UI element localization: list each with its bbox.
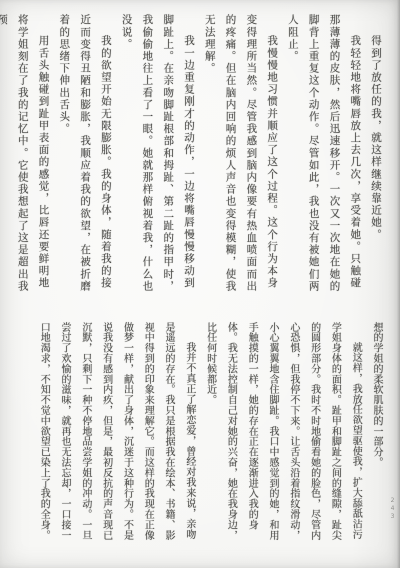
paragraph: 得到了放任的我，就这样继续靠近她。: [365, 14, 386, 300]
paragraph: 就这样，我放任欲望驱使我，扩大舔舐沾污学姐身体的面积。趾甲和脚趾之间的缝隙，趾尖…: [199, 322, 365, 546]
text-block-top: 得到了放任的我，就这样继续靠近她。 我轻轻地将嘴唇放上去几次，享受着她。只触碰那…: [12, 14, 386, 300]
paragraph-continuation: 想的学姐的柔软肌肤的一部分。: [365, 322, 386, 546]
paragraph: 我的欲望开始无限膨胀。我的身体，随着我的接近而变得丑陋和膨胀，我顺应着我的欲望，…: [54, 14, 116, 300]
paragraph: 用舌头触碰到趾甲表面的感觉，比唇还要鲜明地将学姐刻在了我的记忆中。它使我想起了这…: [0, 14, 54, 300]
page-number: 243: [389, 497, 396, 521]
book-page: 得到了放任的我，就这样继续靠近她。 我轻轻地将嘴唇放上去几次，享受着她。只触碰那…: [0, 0, 400, 568]
paragraph: 我慢慢地习惯并顺应了这个过程。这个行为本身变得理所当然。尽管我感到脑内像要有热血…: [199, 14, 282, 300]
paragraph: 我并不真正了解恋爱，曾经对我来说，亲吻是遥远的存在。我只是根据我在绘本、书籍、影…: [32, 322, 198, 546]
paragraph: 我一边重复刚才的动作，一边将嘴唇慢慢移动到脚趾上。在亲吻脚趾根部和拇趾、第二趾的…: [116, 14, 199, 300]
paragraph: 我轻轻地将嘴唇放上去几次，享受着她。只触碰那薄薄的皮肤，然后迅速移开。一次又一次…: [282, 14, 365, 300]
text-block-bottom: 想的学姐的柔软肌肤的一部分。 就这样，我放任欲望驱使我，扩大舔舐沾污学姐身体的面…: [12, 322, 386, 546]
